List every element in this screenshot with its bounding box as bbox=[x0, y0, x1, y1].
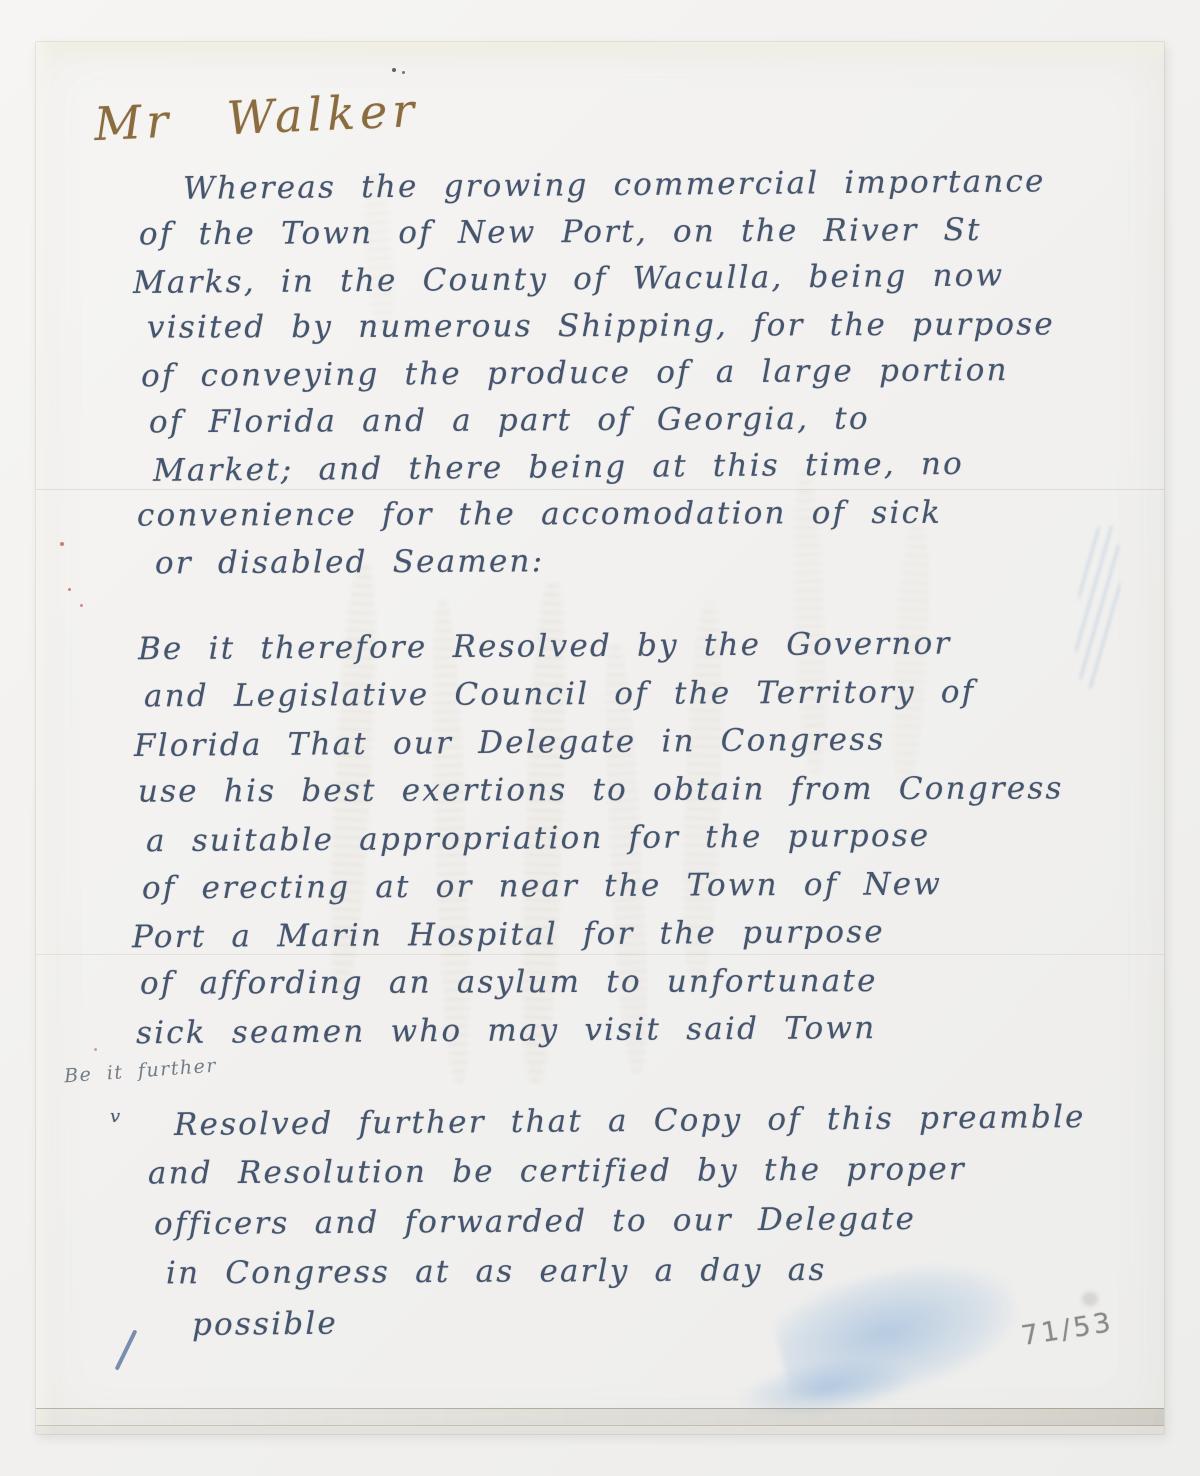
addressee: Mr Walker bbox=[93, 83, 420, 151]
manuscript-line: Whereas the growing commercial importanc… bbox=[183, 158, 1055, 213]
red-speck bbox=[60, 542, 64, 546]
further-resolution-paragraph: Resolved further that a Copy of this pre… bbox=[148, 1096, 1086, 1346]
resolution-paragraph: Be it therefore Resolved by the Governor… bbox=[136, 622, 1064, 1054]
stray-ink-stroke bbox=[115, 1329, 138, 1370]
manuscript-line: a suitable appropriation for the purpose bbox=[146, 811, 1064, 865]
manuscript-line: of affording an asylum to unfortunate bbox=[140, 956, 1064, 1007]
manuscript-line: Market; and there being at this time, no bbox=[153, 440, 1055, 495]
red-speck bbox=[68, 588, 71, 591]
manuscript-line: and Legislative Council of the Territory… bbox=[144, 668, 1064, 721]
manuscript-line: in Congress at as early a day as bbox=[166, 1244, 1086, 1299]
manuscript-line: officers and forwarded to our Delegate bbox=[154, 1193, 1086, 1250]
manuscript-line: Port a Marin Hospital for the purpose bbox=[132, 907, 1064, 962]
marginal-insertion-note: Be it further bbox=[63, 1055, 217, 1088]
fold-crease-bottom bbox=[36, 1408, 1164, 1426]
manuscript-line: Florida That our Delegate in Congress bbox=[134, 714, 1064, 770]
manuscript-line: of the Town of New Port, on the River St bbox=[139, 207, 1055, 259]
manuscript-line: sick seamen who may visit said Town bbox=[136, 1003, 1064, 1057]
dark-speck bbox=[402, 71, 405, 74]
paper-left-edge bbox=[36, 42, 54, 1434]
manuscript-line: of conveying the produce of a large port… bbox=[141, 347, 1055, 400]
paper-top-edge bbox=[36, 42, 1164, 68]
manuscript-line: Marks, in the County of Waculla, being n… bbox=[133, 252, 1055, 307]
manuscript-line: convenience for the accomodation of sick bbox=[137, 489, 1055, 539]
manuscript-line: possible bbox=[192, 1292, 1086, 1350]
manuscript-line: or disabled Seamen: bbox=[155, 536, 1055, 588]
manuscript-line: Resolved further that a Copy of this pre… bbox=[174, 1092, 1086, 1150]
manuscript-line: and Resolution be certified by the prope… bbox=[148, 1144, 1086, 1199]
manuscript-line: use his best exertions to obtain from Co… bbox=[138, 764, 1064, 815]
red-speck bbox=[94, 1048, 97, 1051]
scanned-document: Mr Walker Whereas the growing commercial… bbox=[0, 0, 1200, 1476]
manuscript-line: of erecting at or near the Town of New bbox=[142, 860, 1064, 913]
manuscript-page: Mr Walker Whereas the growing commercial… bbox=[36, 42, 1164, 1434]
manuscript-line: Be it therefore Resolved by the Governor bbox=[138, 619, 1064, 673]
preamble-paragraph: Whereas the growing commercial importanc… bbox=[141, 162, 1055, 585]
manuscript-line: of Florida and a part of Georgia, to bbox=[149, 395, 1055, 447]
red-speck bbox=[80, 604, 83, 607]
dark-speck bbox=[392, 68, 396, 72]
faint-blue-marks bbox=[1069, 522, 1126, 690]
paper-bottom-strip bbox=[36, 1426, 1164, 1434]
insertion-caret: v bbox=[110, 1106, 120, 1127]
manuscript-line: visited by numerous Shipping, for the pu… bbox=[147, 301, 1055, 351]
